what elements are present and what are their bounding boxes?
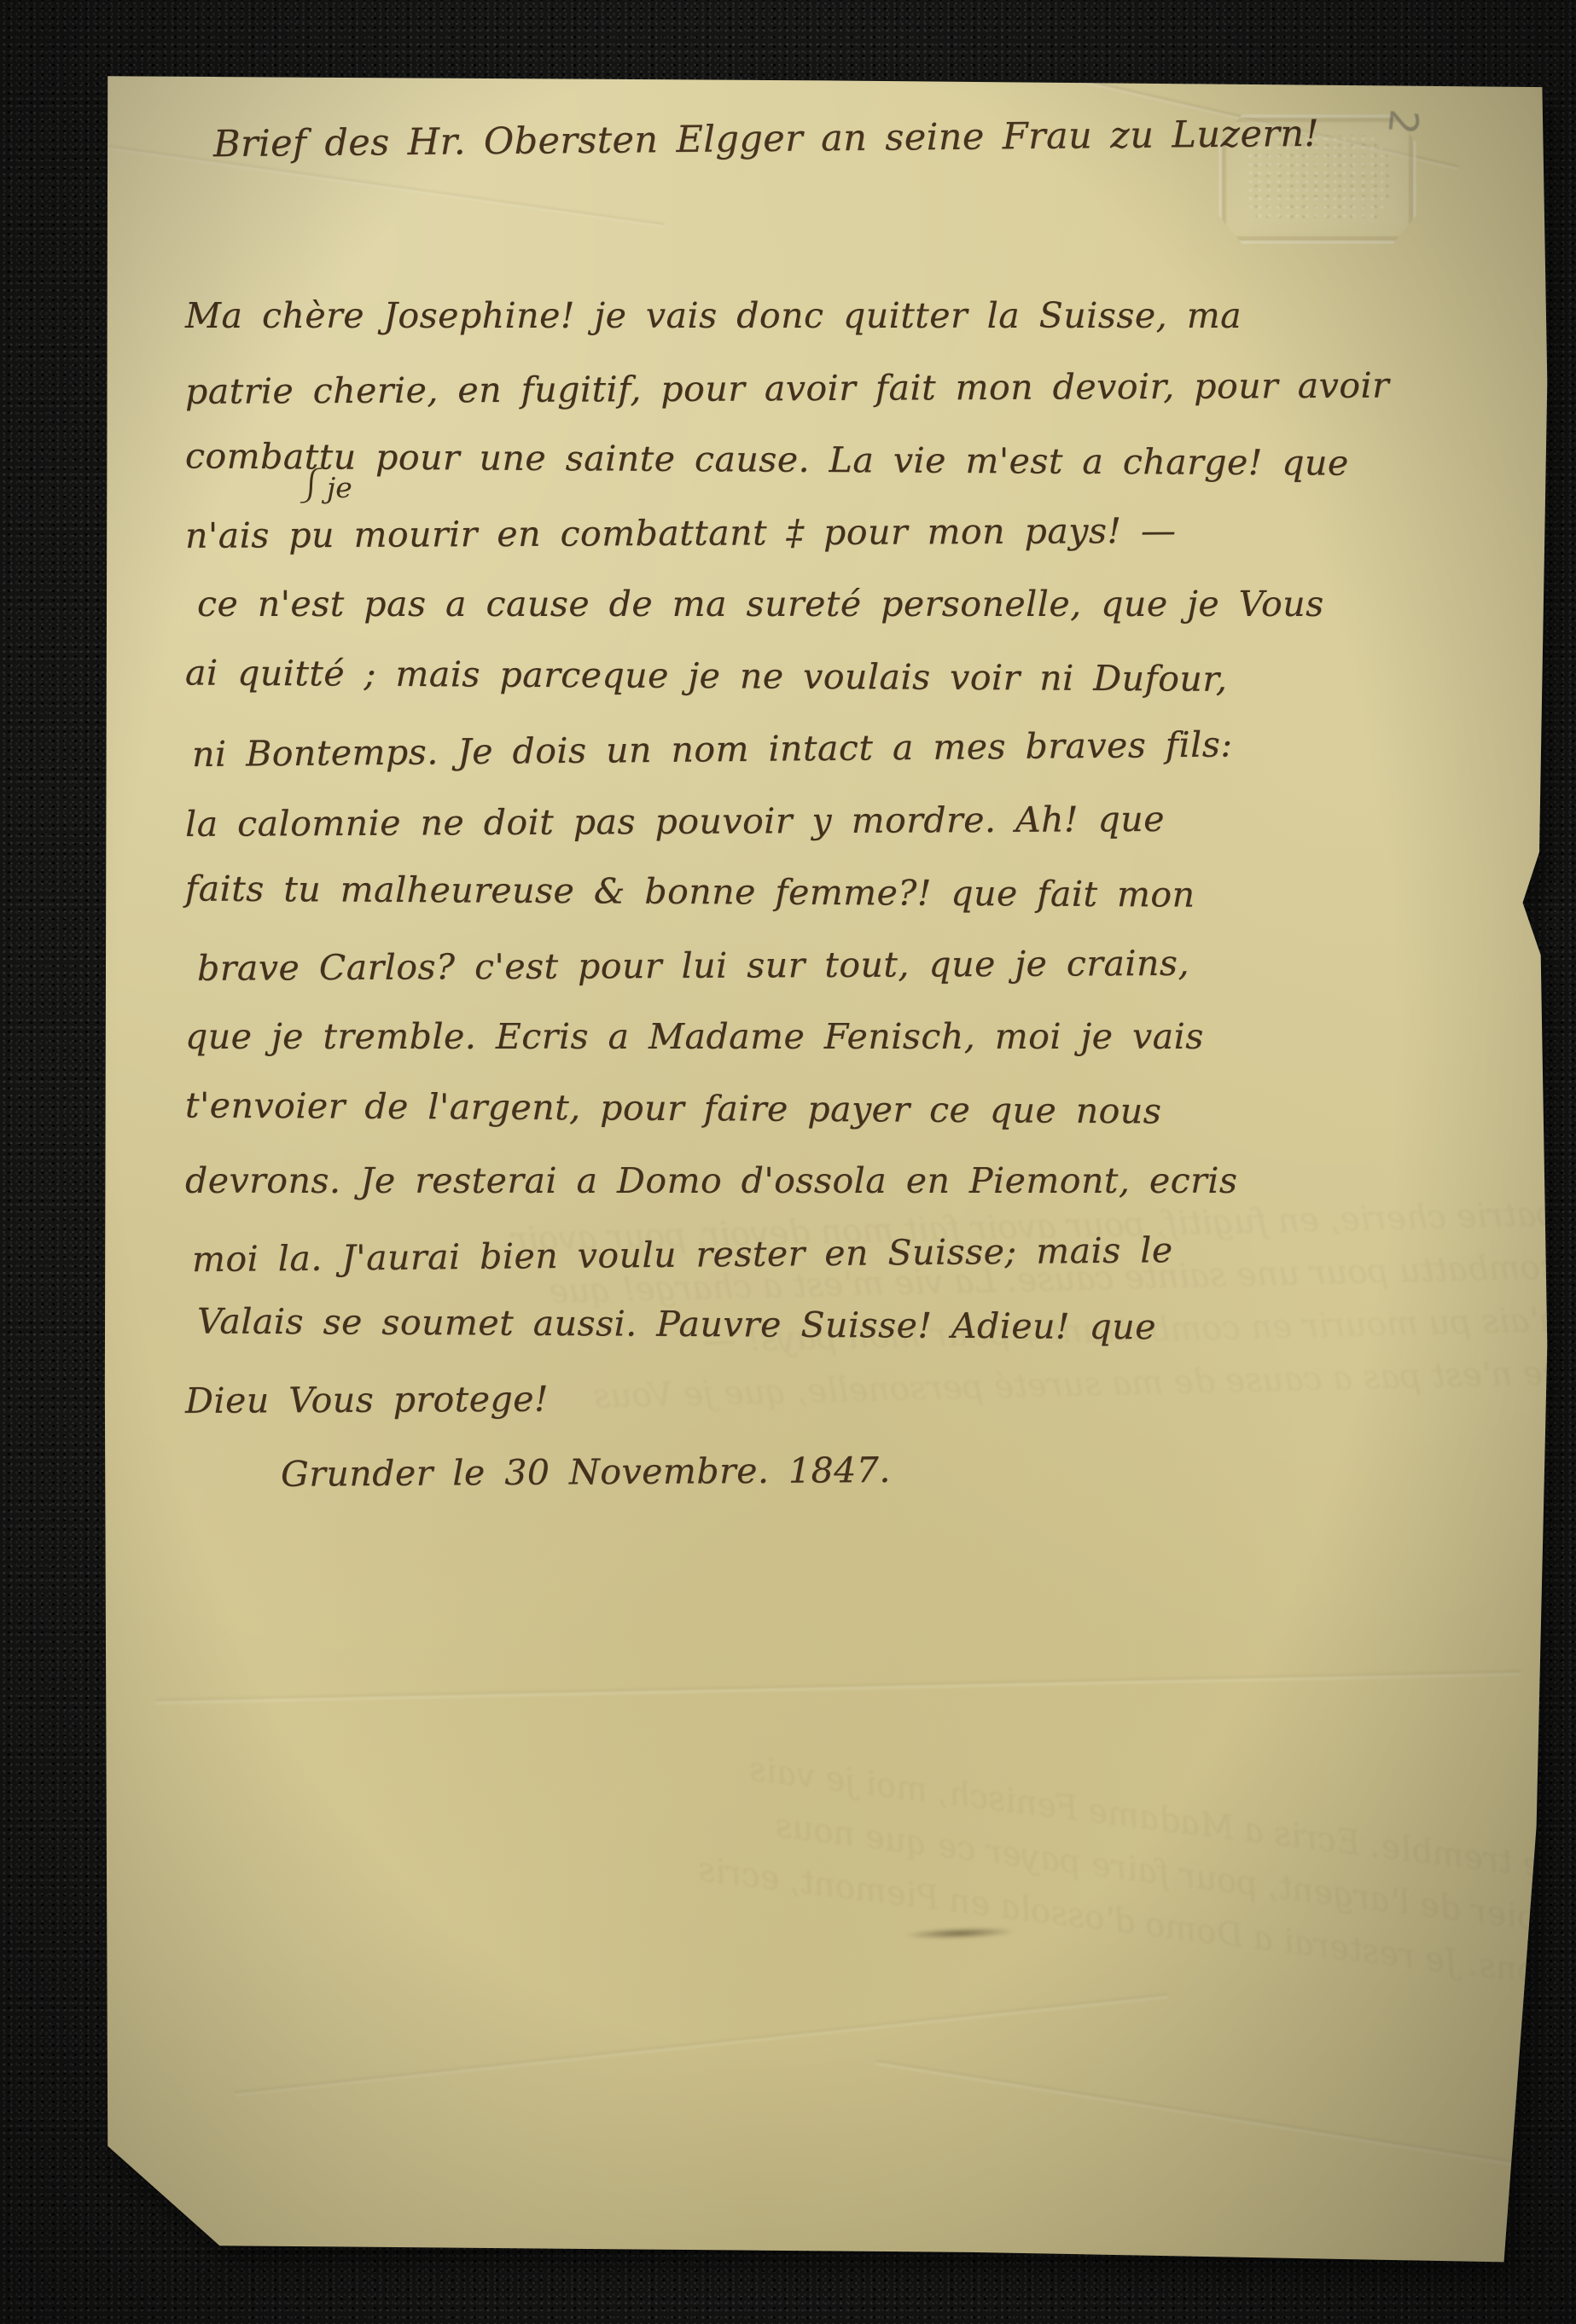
interlinear-insertion: je — [291, 473, 352, 502]
letter-date-line: Grunder le 30 Novembre. 1847. — [281, 1429, 1466, 1511]
letter-line: moi la. J'aurai bien voulu rester en Sui… — [192, 1211, 1466, 1295]
letter-line: patrie cherie, en fugitif, pour avoir fa… — [185, 349, 1465, 427]
letter-line: t'envoier de l'argent, pour faire payer … — [185, 1069, 1465, 1149]
paper-crease — [234, 1989, 1169, 2100]
letter-line: la calomnie ne doit pas pouvoir y mordre… — [185, 781, 1465, 860]
letter-line: Valais se soumet aussi. Pauvre Suisse! A… — [197, 1285, 1465, 1365]
letter-line: faits tu malheureuse & bonne femme?! que… — [185, 852, 1465, 933]
paper-sheet: 2 Brief des Hr. Obersten Elgger an seine… — [104, 75, 1549, 2264]
letter-line: Ma chère Josephine! je vais donc quitter… — [185, 280, 1465, 352]
paper-shadow-wrap: 2 Brief des Hr. Obersten Elgger an seine… — [104, 75, 1549, 2264]
letter-line: que je tremble. Ecris a Madame Fenisch, … — [185, 1001, 1465, 1073]
letter-line: brave Carlos? c'est pour lui sur tout, q… — [197, 926, 1465, 1004]
letter-line: ai quitté ; mais parceque je ne voulais … — [185, 636, 1465, 717]
paper-crease — [875, 2055, 1517, 2170]
letter-body: Ma chère Josephine! je vais donc quitter… — [185, 280, 1465, 1507]
ink-smudge — [904, 1926, 1015, 1941]
letter-line: ni Bontemps. Je dois un nom intact a mes… — [192, 706, 1466, 791]
letter-line: Dieu Vous protege! — [185, 1358, 1465, 1437]
verso-showthrough: que je tremble. Ecris a Madame Fenisch, … — [695, 1739, 1576, 2008]
letter-line: combattu pour une sainte cause. La vie m… — [185, 420, 1465, 500]
letter-header-title: Brief des Hr. Obersten Elgger an seine F… — [213, 94, 1320, 185]
letter-line: ce n'est pas a cause de ma sureté person… — [197, 568, 1465, 641]
letter-line: n'ais pu mourir en combattant ‡ pour mon… — [185, 493, 1465, 572]
scan-background: 2 Brief des Hr. Obersten Elgger an seine… — [0, 0, 1576, 2324]
letter-line: devrons. Je resterai a Domo d'ossola en … — [185, 1145, 1465, 1217]
pencil-page-number: 2 — [1379, 107, 1428, 137]
paper-crease — [155, 1665, 1521, 1709]
